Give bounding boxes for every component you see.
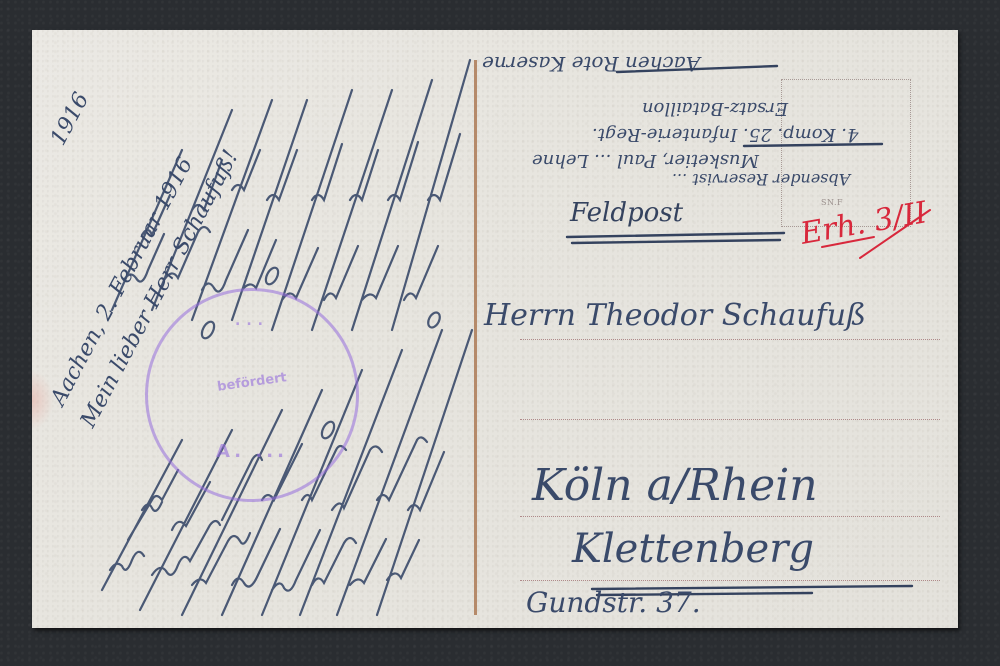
address-line-2: [520, 419, 940, 420]
postcard: 1916 Aachen, 2. Februar 1916 Mein lieber…: [32, 30, 958, 628]
recipient-district: Klettenberg: [572, 526, 814, 572]
address-line-1: [520, 339, 940, 340]
recipient-street: Gundstr. 37.: [526, 586, 701, 619]
address-line-4: [520, 580, 940, 581]
address-line-3: [520, 516, 940, 517]
recipient-city: Köln a/Rhein: [532, 460, 818, 511]
recipient-name: Herrn Theodor Schaufuß: [484, 298, 866, 333]
